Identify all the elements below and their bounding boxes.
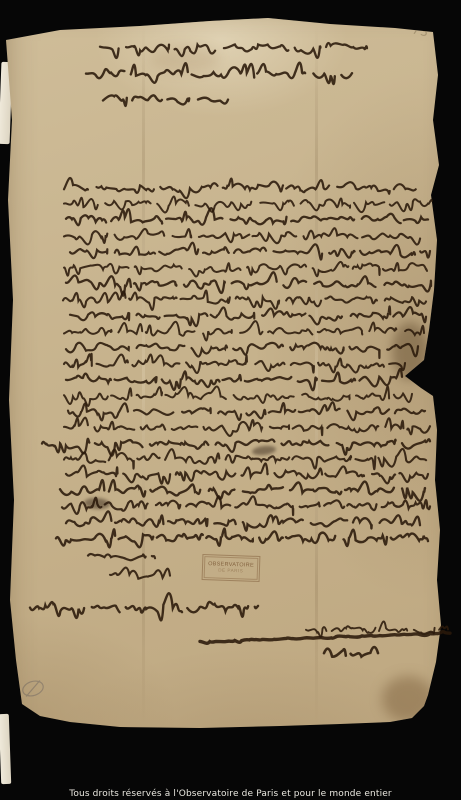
handwriting-line [64,197,432,213]
handwriting-line [68,402,425,420]
handwriting-line [88,554,155,560]
handwriting-line [62,496,430,515]
handwriting-line [30,593,258,620]
address-block [86,43,367,106]
handwriting-line [63,291,426,310]
handwriting-line [64,354,405,373]
handwriting-line [200,632,450,644]
handwriting-layer [0,0,461,800]
handwriting-line [66,511,420,530]
handwriting-line [66,369,402,390]
handwriting-line [56,529,428,548]
handwriting-line [70,243,430,260]
handwriting-line [60,480,425,501]
scanned-letter-photo: 2335 73 OBSERVATOIRE DE PARIS Tous droit… [0,0,461,800]
copyright-caption: Tous droits réservés à l'Observatoire de… [0,789,461,799]
handwriting-line [64,449,426,469]
signature [324,647,378,657]
handwriting-line [86,63,352,84]
handwriting-line [64,418,430,436]
handwriting-line [64,321,424,340]
pen-flourish [200,632,450,644]
handwriting-line [110,568,170,579]
closing-derselben [110,568,170,579]
handwriting-line [103,95,228,105]
handwriting-line [64,386,412,406]
handwriting-line [66,272,431,295]
handwriting-line [100,43,367,58]
dateline [30,593,258,620]
handwriting-line [42,439,430,456]
handwriting-line [66,208,428,225]
handwriting-line [64,178,416,198]
body-block [42,178,432,560]
handwriting-line [324,647,378,657]
handwriting-line [64,262,427,277]
handwriting-line [64,228,420,244]
